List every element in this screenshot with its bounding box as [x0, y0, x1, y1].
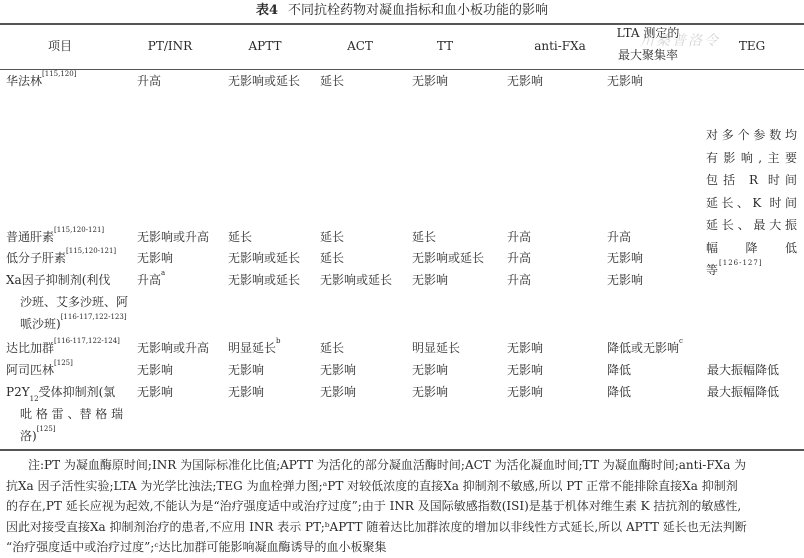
note-line: “治疗强度适中或治疗过度”;ᶜ达比加群可能影响凝血酶诱导的血小板聚集 — [6, 537, 802, 558]
header-lta: LTA 测定的 最大聚集率 — [608, 22, 688, 66]
cell-pt-inr: 升高 — [137, 70, 161, 93]
header-anti-fxa: anti-FⅩa — [510, 35, 610, 58]
cell-teg: 最大振幅降低 — [707, 359, 779, 382]
cell-pt-inr: 无影响或升高 — [137, 226, 209, 249]
cell-tt: 无影响 — [412, 269, 448, 291]
cell-lta: 降低 — [607, 359, 631, 382]
header-teg: TEG — [712, 35, 792, 58]
cell-tt: 延长 — [412, 226, 436, 249]
cell-act: 无影响或延长 — [320, 269, 392, 291]
row-label: 低分子肝素[115,120-121] — [6, 247, 116, 270]
row-label: 普通肝素[115,120-121] — [6, 226, 104, 249]
note-line: 的存在,PT 延长应视为起效,不能认为是“治疗强度适中或治疗过度”;由于 INR… — [6, 496, 802, 517]
cell-anti-fxa: 无影响 — [507, 359, 543, 382]
cell-aptt: 无影响 — [228, 381, 264, 403]
header-item: 项目 — [30, 35, 90, 58]
table-caption: 表4不同抗栓药物对凝血指标和血小板功能的影响 — [0, 2, 804, 20]
note-line: 抗Ⅹa 因子活性实验;LTA 为光学比浊法;TEG 为血栓弹力图;ᵃPT 对较低… — [6, 476, 802, 497]
cell-aptt: 延长 — [228, 226, 252, 249]
cell-act: 延长 — [320, 226, 344, 249]
cell-act: 延长 — [320, 70, 344, 93]
cell-pt-inr: 无影响 — [137, 247, 173, 270]
header-act: ACT — [320, 35, 400, 58]
cell-tt: 无影响 — [412, 70, 448, 93]
cell-anti-fxa: 升高 — [507, 269, 531, 291]
row-label: 华法林[115,120] — [6, 70, 76, 93]
cell-tt: 无影响 — [412, 381, 448, 403]
cell-act: 延长 — [320, 337, 344, 360]
header-lta-line1: LTA 测定的 — [608, 22, 688, 44]
cell-pt-inr: 升高a — [137, 269, 165, 291]
cell-anti-fxa: 无影响 — [507, 381, 543, 403]
header-lta-line2: 最大聚集率 — [608, 44, 688, 66]
row-label: P2Y12受体抑制剂(氯 吡 格 雷 、替 格 瑞 洛)[125] — [6, 381, 123, 447]
cell-aptt: 无影响 — [228, 359, 264, 382]
table-number: 表4 — [256, 3, 278, 18]
table-title: 不同抗栓药物对凝血指标和血小板功能的影响 — [288, 3, 548, 18]
cell-lta: 升高 — [607, 226, 631, 249]
header-pt-inr: PT/INR — [130, 35, 210, 58]
cell-tt: 明显延长 — [412, 337, 460, 360]
cell-anti-fxa: 无影响 — [507, 337, 543, 360]
cell-lta: 降低 — [607, 381, 631, 403]
cell-lta: 无影响 — [607, 247, 643, 270]
cell-aptt: 无影响或延长 — [228, 70, 300, 93]
header-aptt: APTT — [225, 35, 305, 58]
cell-pt-inr: 无影响或升高 — [137, 337, 209, 360]
cell-tt: 无影响 — [412, 359, 448, 382]
header-tt: TT — [405, 35, 485, 58]
note-line: 注:PT 为凝血酶原时间;INR 为国际标准化比值;APTT 为活化的部分凝血活… — [6, 455, 802, 476]
cell-lta: 无影响 — [607, 70, 643, 93]
teg-shared-cell: 对多个参数均 有影响,主要 包括 R 时间 延长、K 时间 延长、最大振 幅 降… — [706, 124, 798, 282]
cell-pt-inr: 无影响 — [137, 359, 173, 382]
cell-anti-fxa: 升高 — [507, 226, 531, 249]
header-rule — [0, 69, 804, 70]
cell-aptt: 无影响或延长 — [228, 269, 300, 291]
row-label: 达比加群[116-117,122-124] — [6, 337, 120, 360]
cell-lta: 无影响 — [607, 269, 643, 291]
cell-act: 无影响 — [320, 381, 356, 403]
note-line: 因此对接受直接Ⅹa 抑制剂治疗的患者,不应用 INR 表示 PT;ᵇAPTT 随… — [6, 517, 802, 538]
row-label: Ⅹa因子抑制剂(利伐 沙班、艾多沙班、阿 哌沙班)[116-117,122-12… — [6, 269, 128, 335]
cell-tt: 无影响或延长 — [412, 247, 484, 270]
bottom-rule — [0, 449, 804, 451]
cell-pt-inr: 无影响 — [137, 381, 173, 403]
row-label: 阿司匹林[125] — [6, 359, 73, 382]
cell-act: 延长 — [320, 247, 344, 270]
cell-lta: 降低或无影响c — [607, 337, 683, 360]
cell-aptt: 无影响或延长 — [228, 247, 300, 270]
cell-act: 无影响 — [320, 359, 356, 382]
cell-anti-fxa: 升高 — [507, 247, 531, 270]
table-note: 注:PT 为凝血酶原时间;INR 为国际标准化比值;APTT 为活化的部分凝血活… — [6, 455, 802, 558]
cell-anti-fxa: 无影响 — [507, 70, 543, 93]
cell-aptt: 明显延长b — [228, 337, 281, 360]
cell-teg: 最大振幅降低 — [707, 381, 779, 403]
